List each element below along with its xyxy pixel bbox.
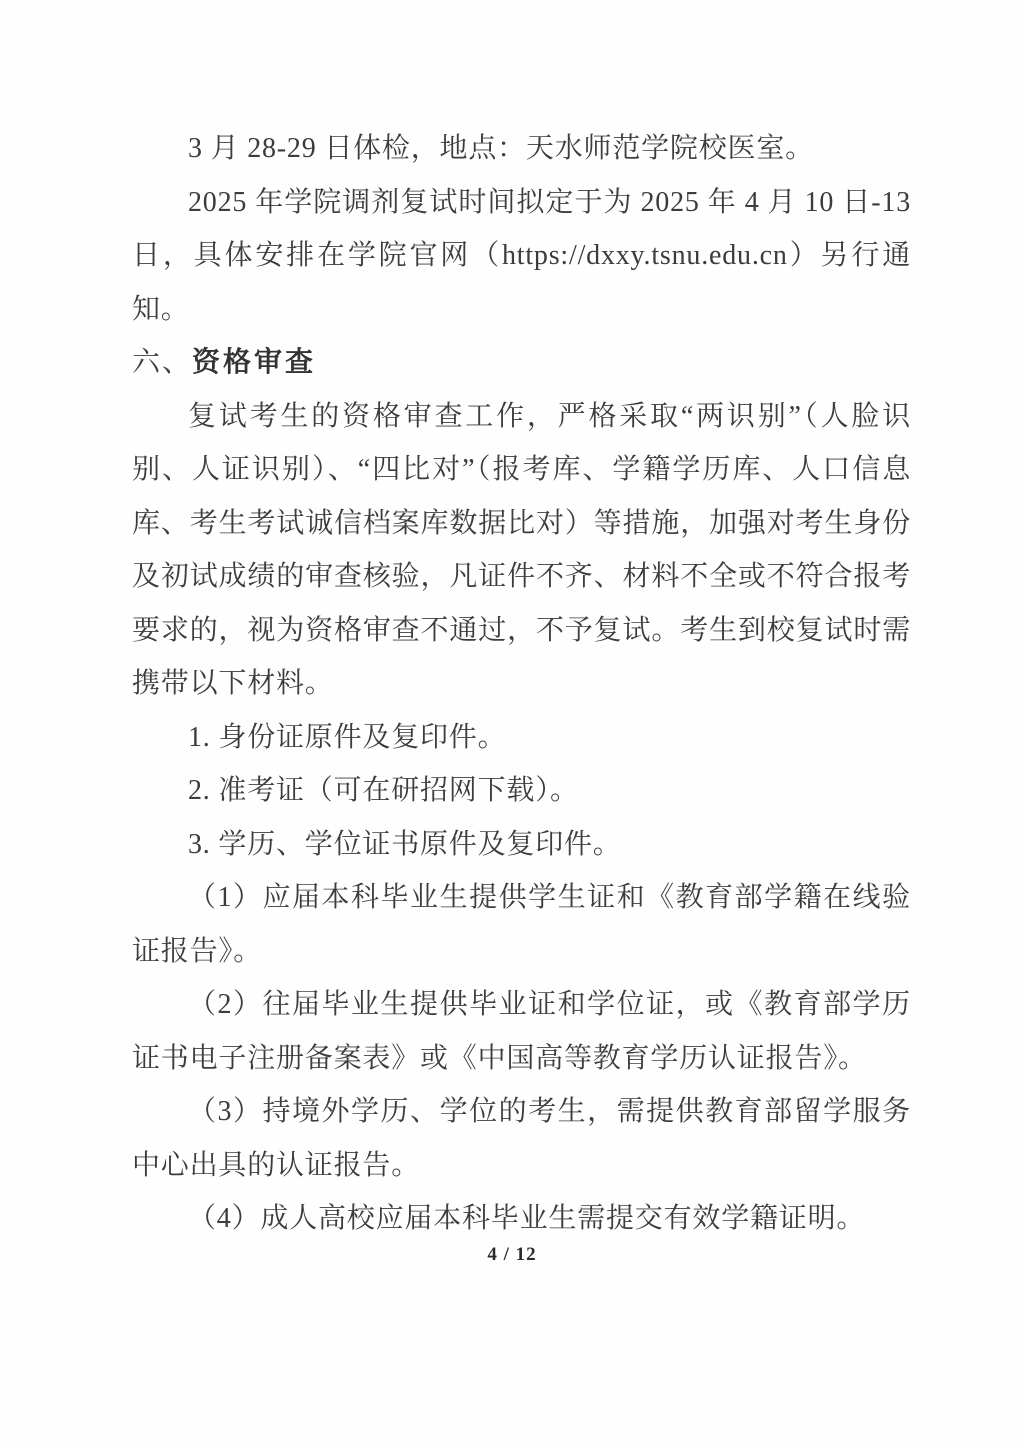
section-heading: 六、资格审查 <box>132 336 911 390</box>
page-footer: 4 / 12 <box>0 1244 1024 1266</box>
paragraph: 3. 学历、学位证书原件及复印件。 <box>132 818 911 872</box>
paragraph: 2025 年学院调剂复试时间拟定于为 2025 年 4 月 10 日-13 日，… <box>132 176 911 337</box>
paragraph: 3 月 28-29 日体检，地点：天水师范学院校医室。 <box>132 122 911 176</box>
paragraph: （2）往届毕业生提供毕业证和学位证，或《教育部学历证书电子注册备案表》或《中国高… <box>132 978 911 1085</box>
page-number: 4 / 12 <box>487 1244 536 1265</box>
paragraph: 2. 准考证（可在研招网下载）。 <box>132 764 911 818</box>
document-body: 3 月 28-29 日体检，地点：天水师范学院校医室。2025 年学院调剂复试时… <box>132 122 911 1246</box>
paragraph: （4）成人高校应届本科毕业生需提交有效学籍证明。 <box>132 1192 911 1246</box>
section-number: 六、 <box>132 347 192 378</box>
paragraph: 复试考生的资格审查工作，严格采取“两识别”（人脸识别、人证识别）、“四比对”（报… <box>132 390 911 711</box>
paragraph: （1）应届本科毕业生提供学生证和《教育部学籍在线验证报告》。 <box>132 871 911 978</box>
paragraph: 1. 身份证原件及复印件。 <box>132 711 911 765</box>
paragraph: （3）持境外学历、学位的考生，需提供教育部留学服务中心出具的认证报告。 <box>132 1085 911 1192</box>
section-title: 资格审查 <box>192 347 316 378</box>
document-page: 3 月 28-29 日体检，地点：天水师范学院校医室。2025 年学院调剂复试时… <box>0 0 1024 1448</box>
